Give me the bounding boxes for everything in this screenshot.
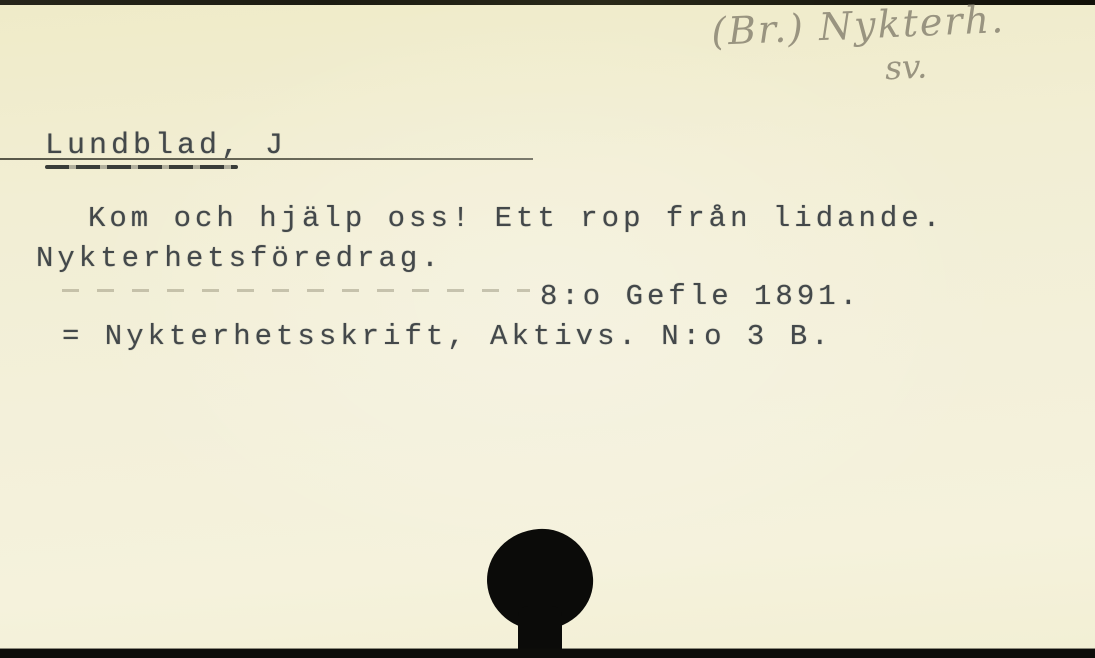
imprint-line: 8:o Gefle 1891. xyxy=(540,279,861,315)
erased-dashed-impression xyxy=(62,289,530,292)
pencil-annotation: (Br.) Nykterh. sv. xyxy=(710,0,1073,95)
catalog-card-scan: (Br.) Nykterh. sv. Lundblad, J Kom och h… xyxy=(0,0,1095,658)
title-line: Kom och hjälp oss! Ett rop från lidande. xyxy=(88,201,944,237)
heading-rule xyxy=(0,158,533,160)
subtitle-line: Nykterhetsföredrag. xyxy=(36,241,443,277)
series-note-line: = Nykterhetsskrift, Aktivs. N:o 3 B. xyxy=(62,319,833,355)
scan-bottom-edge xyxy=(0,649,1095,658)
annotation-language: sv. xyxy=(884,40,1074,87)
heading-typed-underscore xyxy=(45,165,238,169)
